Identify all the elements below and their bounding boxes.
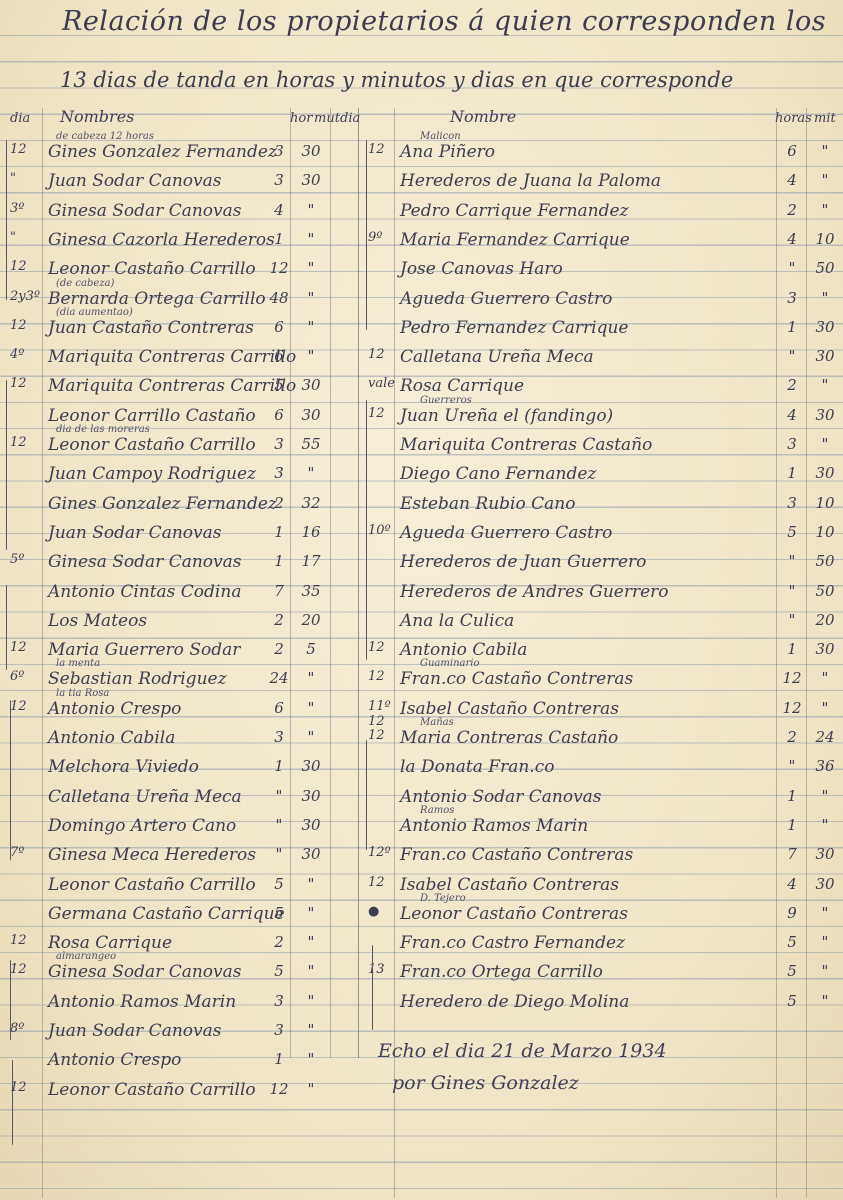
day-cell: 11º 12 bbox=[368, 699, 404, 729]
owner-name: Leonor Castaño Contreras bbox=[400, 904, 628, 924]
table-row: Pedro Carrique Fernandez2" bbox=[0, 201, 843, 225]
hours-cell: 12 bbox=[781, 699, 803, 717]
hours-cell: " bbox=[781, 347, 803, 365]
minutes-cell: " bbox=[298, 1050, 324, 1068]
owner-name: Agueda Guerrero Castro bbox=[400, 289, 612, 309]
annotation: Guaminario bbox=[420, 658, 479, 669]
owner-name: Antonio Crespo bbox=[48, 1050, 181, 1070]
bracket-mark bbox=[6, 585, 7, 670]
hours-cell: 9 bbox=[781, 904, 803, 922]
minutes-cell: " bbox=[812, 289, 838, 307]
owner-name: Maria Contreras Castaño bbox=[400, 728, 618, 748]
owner-name: Maria Fernandez Carrique bbox=[400, 230, 630, 250]
hours-cell: 3 bbox=[781, 289, 803, 307]
table-row: Heredero de Diego Molina5" bbox=[0, 992, 843, 1016]
header-dia-right: dia bbox=[340, 111, 360, 126]
owner-name: Herederos de Juan Guerrero bbox=[400, 552, 646, 572]
minutes-cell: 50 bbox=[812, 582, 838, 600]
owner-name: Ana Piñero bbox=[400, 142, 495, 162]
minutes-cell: 36 bbox=[812, 757, 838, 775]
hours-cell: 6 bbox=[781, 142, 803, 160]
owner-name: la Donata Fran.co bbox=[400, 757, 554, 777]
day-cell: 12 bbox=[10, 1080, 46, 1095]
hours-cell: " bbox=[781, 582, 803, 600]
bracket-mark bbox=[6, 140, 7, 300]
hours-cell: 12 bbox=[781, 669, 803, 687]
hours-cell: 4 bbox=[781, 171, 803, 189]
hours-cell: 3 bbox=[781, 494, 803, 512]
hours-cell: 2 bbox=[781, 201, 803, 219]
owner-name: Pedro Carrique Fernandez bbox=[400, 201, 629, 221]
day-cell: 10º bbox=[368, 523, 404, 538]
hours-cell: 5 bbox=[781, 523, 803, 541]
document-subtitle: 13 dias de tanda en horas y minutos y di… bbox=[60, 70, 840, 91]
table-row: Agueda Guerrero Castro3" bbox=[0, 289, 843, 313]
owner-name: Esteban Rubio Cano bbox=[400, 494, 575, 514]
table-row: Jose Canovas Haro"50 bbox=[0, 259, 843, 283]
hours-cell: " bbox=[781, 611, 803, 629]
owner-name: Herederos de Andres Guerrero bbox=[400, 582, 669, 602]
minutes-cell: 30 bbox=[812, 318, 838, 336]
owner-name: Antonio Ramos Marin bbox=[400, 816, 588, 836]
minutes-cell: " bbox=[812, 699, 838, 717]
header-nombres: Nombres bbox=[60, 107, 134, 126]
table-row: 10ºAgueda Guerrero Castro510 bbox=[0, 523, 843, 547]
owner-name: Pedro Fernandez Carrique bbox=[400, 318, 629, 338]
table-row: Herederos de Juan Guerrero"50 bbox=[0, 552, 843, 576]
hours-cell: 3 bbox=[268, 1021, 290, 1039]
table-row: Fran.co Castro Fernandez5" bbox=[0, 933, 843, 957]
hours-cell: 1 bbox=[781, 787, 803, 805]
hours-cell: 5 bbox=[781, 933, 803, 951]
table-row: Herederos de Juana la Paloma4" bbox=[0, 171, 843, 195]
table-row: 12GuaminarioFran.co Castaño Contreras12" bbox=[0, 669, 843, 693]
minutes-cell: 30 bbox=[812, 347, 838, 365]
hours-cell: " bbox=[781, 757, 803, 775]
day-cell: ● bbox=[368, 904, 404, 919]
table-row: Pedro Fernandez Carrique130 bbox=[0, 318, 843, 342]
table-row: Ana la Culica"20 bbox=[0, 611, 843, 635]
minutes-cell: " bbox=[298, 1021, 324, 1039]
hours-cell: 5 bbox=[781, 962, 803, 980]
table-row: Mariquita Contreras Castaño3" bbox=[0, 435, 843, 459]
bracket-mark bbox=[366, 520, 367, 660]
hours-cell: 5 bbox=[781, 992, 803, 1010]
owner-name: Herederos de Juana la Paloma bbox=[400, 171, 661, 191]
owner-name: Juan Sodar Canovas bbox=[48, 1021, 221, 1041]
minutes-cell: 10 bbox=[812, 230, 838, 248]
day-cell: vale bbox=[368, 376, 404, 391]
bracket-mark bbox=[366, 140, 367, 330]
hours-cell: 3 bbox=[781, 435, 803, 453]
annotation: Malicon bbox=[420, 131, 461, 142]
owner-name: Leonor Castaño Carrillo bbox=[48, 1080, 256, 1100]
day-cell: 12 bbox=[368, 640, 404, 655]
minutes-cell: " bbox=[812, 376, 838, 394]
annotation: Ramos bbox=[420, 805, 454, 816]
owner-name: Fran.co Castaño Contreras bbox=[400, 669, 633, 689]
minutes-cell: 50 bbox=[812, 552, 838, 570]
owner-name: Calletana Ureña Meca bbox=[400, 347, 594, 367]
day-cell: 8º bbox=[10, 1021, 46, 1036]
table-row: 12Calletana Ureña Meca"30 bbox=[0, 347, 843, 371]
table-row: la Donata Fran.co"36 bbox=[0, 757, 843, 781]
owner-name: Mariquita Contreras Castaño bbox=[400, 435, 652, 455]
document-title: Relación de los propietarios á quien cor… bbox=[62, 8, 842, 35]
minutes-cell: " bbox=[812, 435, 838, 453]
hours-cell: 1 bbox=[781, 816, 803, 834]
signature: por Gines Gonzalez bbox=[392, 1072, 579, 1094]
minutes-cell: 20 bbox=[812, 611, 838, 629]
hours-cell: 12 bbox=[268, 1080, 290, 1098]
hours-cell: 4 bbox=[781, 230, 803, 248]
table-row: 12MaliconAna Piñero6" bbox=[0, 142, 843, 166]
annotation: D. Tejero bbox=[420, 893, 466, 904]
owner-name: Heredero de Diego Molina bbox=[400, 992, 629, 1012]
day-cell: 12 bbox=[368, 406, 404, 421]
table-row: 9ºMaria Fernandez Carrique410 bbox=[0, 230, 843, 254]
table-row: Esteban Rubio Cano310 bbox=[0, 494, 843, 518]
hours-cell: " bbox=[781, 552, 803, 570]
minutes-cell: 10 bbox=[812, 523, 838, 541]
minutes-cell: " bbox=[812, 171, 838, 189]
day-cell: 12 bbox=[368, 728, 404, 743]
minutes-cell: " bbox=[812, 933, 838, 951]
minutes-cell: 30 bbox=[812, 640, 838, 658]
owner-name: Antonio Cabila bbox=[400, 640, 527, 660]
owner-name: Antonio Sodar Canovas bbox=[400, 787, 602, 807]
header-minutos-right: mit bbox=[814, 111, 836, 126]
header-minutos-left: mut bbox=[314, 111, 340, 126]
minutes-cell: " bbox=[812, 669, 838, 687]
owner-name: Juan Ureña el (fandingo) bbox=[400, 406, 613, 426]
owner-name: Fran.co Castro Fernandez bbox=[400, 933, 625, 953]
table-row: Herederos de Andres Guerrero"50 bbox=[0, 582, 843, 606]
minutes-cell: 30 bbox=[812, 464, 838, 482]
day-cell: 12 bbox=[368, 875, 404, 890]
bracket-mark bbox=[10, 960, 11, 1040]
owner-name: Diego Cano Fernandez bbox=[400, 464, 596, 484]
hours-cell: 4 bbox=[781, 406, 803, 424]
bracket-mark bbox=[372, 945, 373, 1030]
table-row: 13Fran.co Ortega Carrillo5" bbox=[0, 962, 843, 986]
minutes-cell: " bbox=[812, 904, 838, 922]
table-row: 12ºFran.co Castaño Contreras730 bbox=[0, 845, 843, 869]
owner-name: Rosa Carrique bbox=[400, 376, 524, 396]
owner-name: Isabel Castaño Contreras bbox=[400, 699, 619, 719]
minutes-cell: 30 bbox=[812, 406, 838, 424]
owner-name: Isabel Castaño Contreras bbox=[400, 875, 619, 895]
minutes-cell: " bbox=[812, 816, 838, 834]
hours-cell: 4 bbox=[781, 875, 803, 893]
minutes-cell: 30 bbox=[812, 845, 838, 863]
minutes-cell: " bbox=[298, 1080, 324, 1098]
annotation: Guerreros bbox=[420, 395, 472, 406]
annotation: de cabeza 12 horas bbox=[56, 131, 154, 142]
minutes-cell: 10 bbox=[812, 494, 838, 512]
owner-name: Ana la Culica bbox=[400, 611, 514, 631]
table-row: ●D. TejeroLeonor Castaño Contreras9" bbox=[0, 904, 843, 928]
hours-cell: 7 bbox=[781, 845, 803, 863]
table-row: 12GuerrerosJuan Ureña el (fandingo)430 bbox=[0, 406, 843, 430]
hours-cell: 2 bbox=[781, 376, 803, 394]
table-row: RamosAntonio Ramos Marin1" bbox=[0, 816, 843, 840]
bracket-mark bbox=[366, 740, 367, 850]
minutes-cell: " bbox=[812, 992, 838, 1010]
header-horas-right: horas bbox=[775, 111, 812, 126]
hours-cell: 2 bbox=[781, 728, 803, 746]
hours-cell: 1 bbox=[781, 640, 803, 658]
hours-cell: 1 bbox=[781, 318, 803, 336]
owner-name: Jose Canovas Haro bbox=[400, 259, 563, 279]
day-cell: 12º bbox=[368, 845, 404, 860]
minutes-cell: " bbox=[812, 787, 838, 805]
owner-name: Fran.co Ortega Carrillo bbox=[400, 962, 603, 982]
header-nombre: Nombre bbox=[450, 107, 516, 126]
header-dia-left: dia bbox=[10, 111, 30, 126]
minutes-cell: " bbox=[812, 201, 838, 219]
ledger-page: Relación de los propietarios á quien cor… bbox=[0, 0, 843, 1200]
table-row: Diego Cano Fernandez130 bbox=[0, 464, 843, 488]
day-cell: 12 bbox=[368, 669, 404, 684]
hours-cell: 1 bbox=[781, 464, 803, 482]
bracket-mark bbox=[10, 700, 11, 860]
hours-cell: 1 bbox=[268, 1050, 290, 1068]
bracket-mark bbox=[12, 1060, 13, 1145]
minutes-cell: 50 bbox=[812, 259, 838, 277]
table-row: 12MañasMaria Contreras Castaño224 bbox=[0, 728, 843, 752]
closing-date: Echo el dia 21 de Marzo 1934 bbox=[378, 1040, 667, 1062]
day-cell: 9º bbox=[368, 230, 404, 245]
day-cell: 13 bbox=[368, 962, 404, 977]
bracket-mark bbox=[366, 400, 367, 530]
header-horas-left: hor bbox=[290, 111, 312, 126]
minutes-cell: 24 bbox=[812, 728, 838, 746]
annotation: Mañas bbox=[420, 717, 454, 728]
minutes-cell: 30 bbox=[812, 875, 838, 893]
day-cell: 12 bbox=[368, 142, 404, 157]
owner-name: Agueda Guerrero Castro bbox=[400, 523, 612, 543]
owner-name: Fran.co Castaño Contreras bbox=[400, 845, 633, 865]
hours-cell: " bbox=[781, 259, 803, 277]
day-cell: 12 bbox=[368, 347, 404, 362]
minutes-cell: " bbox=[812, 962, 838, 980]
minutes-cell: " bbox=[812, 142, 838, 160]
bracket-mark bbox=[6, 380, 7, 550]
